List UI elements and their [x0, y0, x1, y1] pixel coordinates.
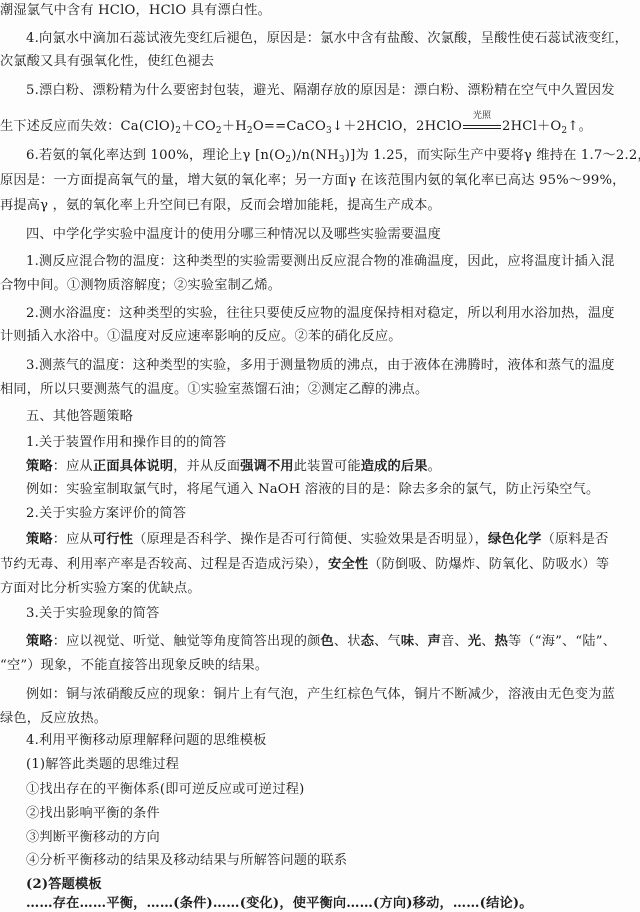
text-line: 次氯酸又具有强氧化性，使红色褪去: [0, 53, 214, 71]
paragraph-5-start: 5.漂白粉、漂粉精为什么要密封包装，避光、隔潮存放的原因是：漂白粉、漂粉精在空气…: [26, 82, 615, 100]
paragraph-6-start: 6.若氨的氧化率达到 100%，理论上γ [n(O2)/n(NH3)]为 1.2…: [26, 147, 640, 165]
subheading-2: 2.关于实验方案评价的简答: [26, 505, 186, 523]
reaction-equation-line: 生下述反应而失效：Ca(ClO)2＋CO2＋H2O==CaCO3↓＋2HClO，…: [0, 118, 592, 136]
answer-template: ……存在……平衡，……(条件)……(变化)，使平衡向……(方向)移动，……(结论…: [26, 895, 533, 912]
section-heading-4: 四、中学化学实验中温度计的使用分哪三种情况以及哪些实验需要温度: [26, 226, 441, 244]
example-line-1: 例如：实验室制取氯气时，将尾气通入 NaOH 溶液的目的是：除去多余的氯气，防止…: [26, 481, 599, 499]
double-line-arrow: [463, 125, 501, 129]
subheading-1: 1.关于装置作用和操作目的的简答: [26, 434, 226, 452]
text-line: 潮湿氯气中含有 HClO，HClO 具有漂白性。: [0, 2, 271, 20]
text-line: 方面对比分析实验方案的优缺点。: [0, 580, 201, 598]
text-line: 节约无毒、利用率产率是否较高、过程是否造成污染），安全性（防倒吸、防爆炸、防氧化…: [0, 556, 609, 574]
step-1: ①找出存在的平衡体系(即可逆反应或可逆过程): [26, 781, 304, 799]
subheading-4: 4.利用平衡移动原理解释问题的思维模板: [26, 732, 267, 750]
reaction-condition: 光照: [462, 118, 502, 136]
sub-item-2-heading: (2)答题模板: [26, 876, 102, 894]
item-3-start: 3.测蒸气的温度：这种类型的实验，多用于测量物质的沸点，由于液体在沸腾时，液体和…: [26, 357, 615, 375]
text-line: “空”）现象，不能直接答出现象反映的结果。: [0, 657, 268, 675]
paragraph-4-start: 4.向氯水中滴加石蕊试液先变红后褪色，原因是：氯水中含有盐酸、次氯酸，呈酸性使石…: [26, 30, 628, 48]
step-3: ③判断平衡移动的方向: [26, 829, 160, 847]
text-line: 相同，所以只要测蒸气的温度。①实验室蒸馏石油；②测定乙醇的沸点。: [0, 381, 428, 399]
section-heading-5: 五、其他答题策略: [26, 408, 133, 426]
item-1-start: 1.测反应混合物的温度：这种类型的实验需要测出反应混合物的准确温度，因此，应将温…: [26, 253, 615, 271]
strategy-line-2: 策略：应从可行性（原理是否科学、操作是否可行简便、实验效果是否明显），绿色化学（…: [26, 531, 609, 549]
step-4: ④分析平衡移动的结果及移动结果与所解答问题的联系: [26, 852, 347, 870]
strategy-line-3: 策略：应以视觉、听觉、触觉等角度简答出现的颜色、状态、气味、声音、光、热等（“海…: [26, 633, 616, 651]
text-line: 合物中间。①测物质溶解度；②实验室制乙烯。: [0, 277, 281, 295]
item-2-start: 2.测水浴温度：这种类型的实验，往往只要使反应物的温度保持相对稳定，所以利用水浴…: [26, 305, 615, 323]
strategy-line-1: 策略：应从正面具体说明，并从反面强调不用此装置可能造成的后果。: [26, 458, 441, 476]
example-line-3: 例如：铜与浓硝酸反应的现象：铜片上有气泡，产生红棕色气体，铜片不断减少，溶液由无…: [26, 686, 615, 704]
subheading-3: 3.关于实验现象的简答: [26, 605, 159, 623]
step-2: ②找出影响平衡的条件: [26, 805, 160, 823]
text-line: 再提高γ ，氨的氧化率上升空间已有限，反而会增加能耗，提高生产成本。: [0, 197, 441, 215]
sub-item-1: (1)解答此类题的思维过程: [26, 756, 179, 774]
text-line: 绿色，反应放热。: [0, 710, 107, 728]
text-line: 原因是：一方面提高氧气的量，增大氨的氧化率；另一方面γ 在该范围内氨的氧化率已高…: [0, 172, 626, 190]
text-line: 计则插入水浴中。①温度对反应速率影响的反应。②苯的硝化反应。: [0, 328, 402, 346]
